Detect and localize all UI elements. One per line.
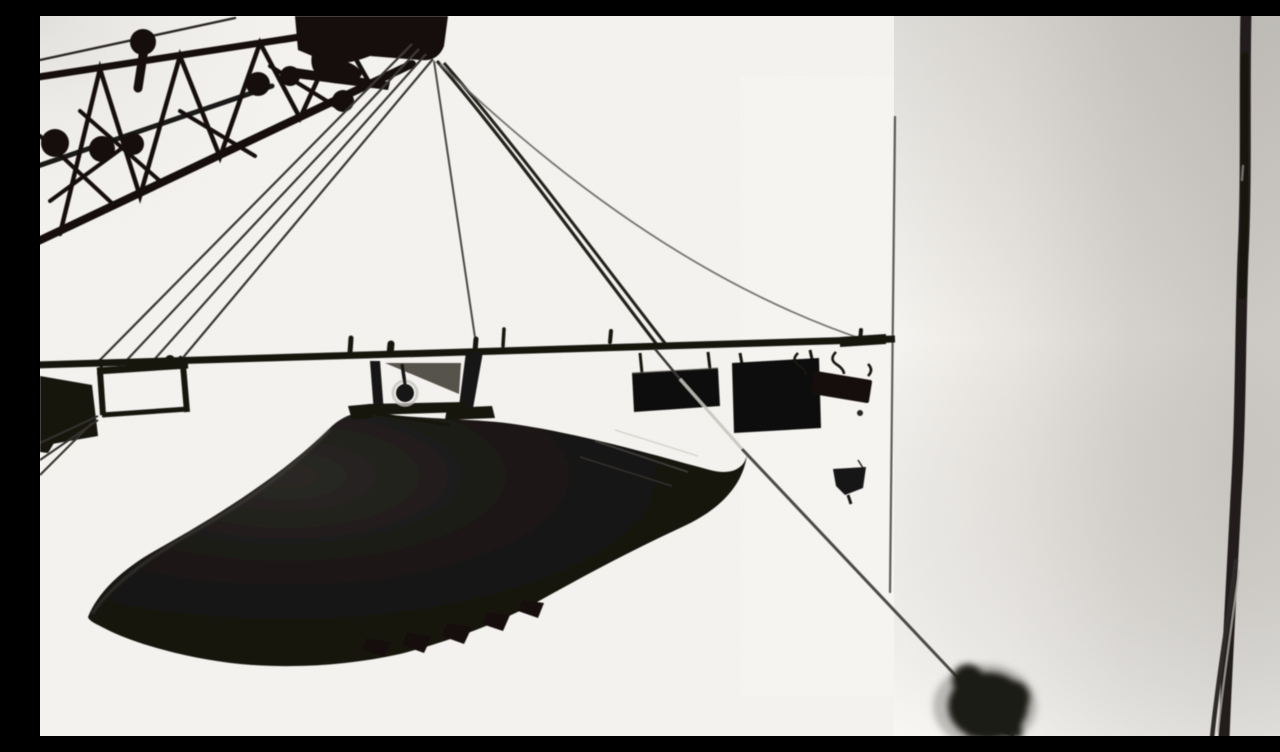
photo-canvas	[40, 16, 1280, 736]
film-grain	[40, 16, 1280, 736]
photograph	[40, 16, 1280, 736]
